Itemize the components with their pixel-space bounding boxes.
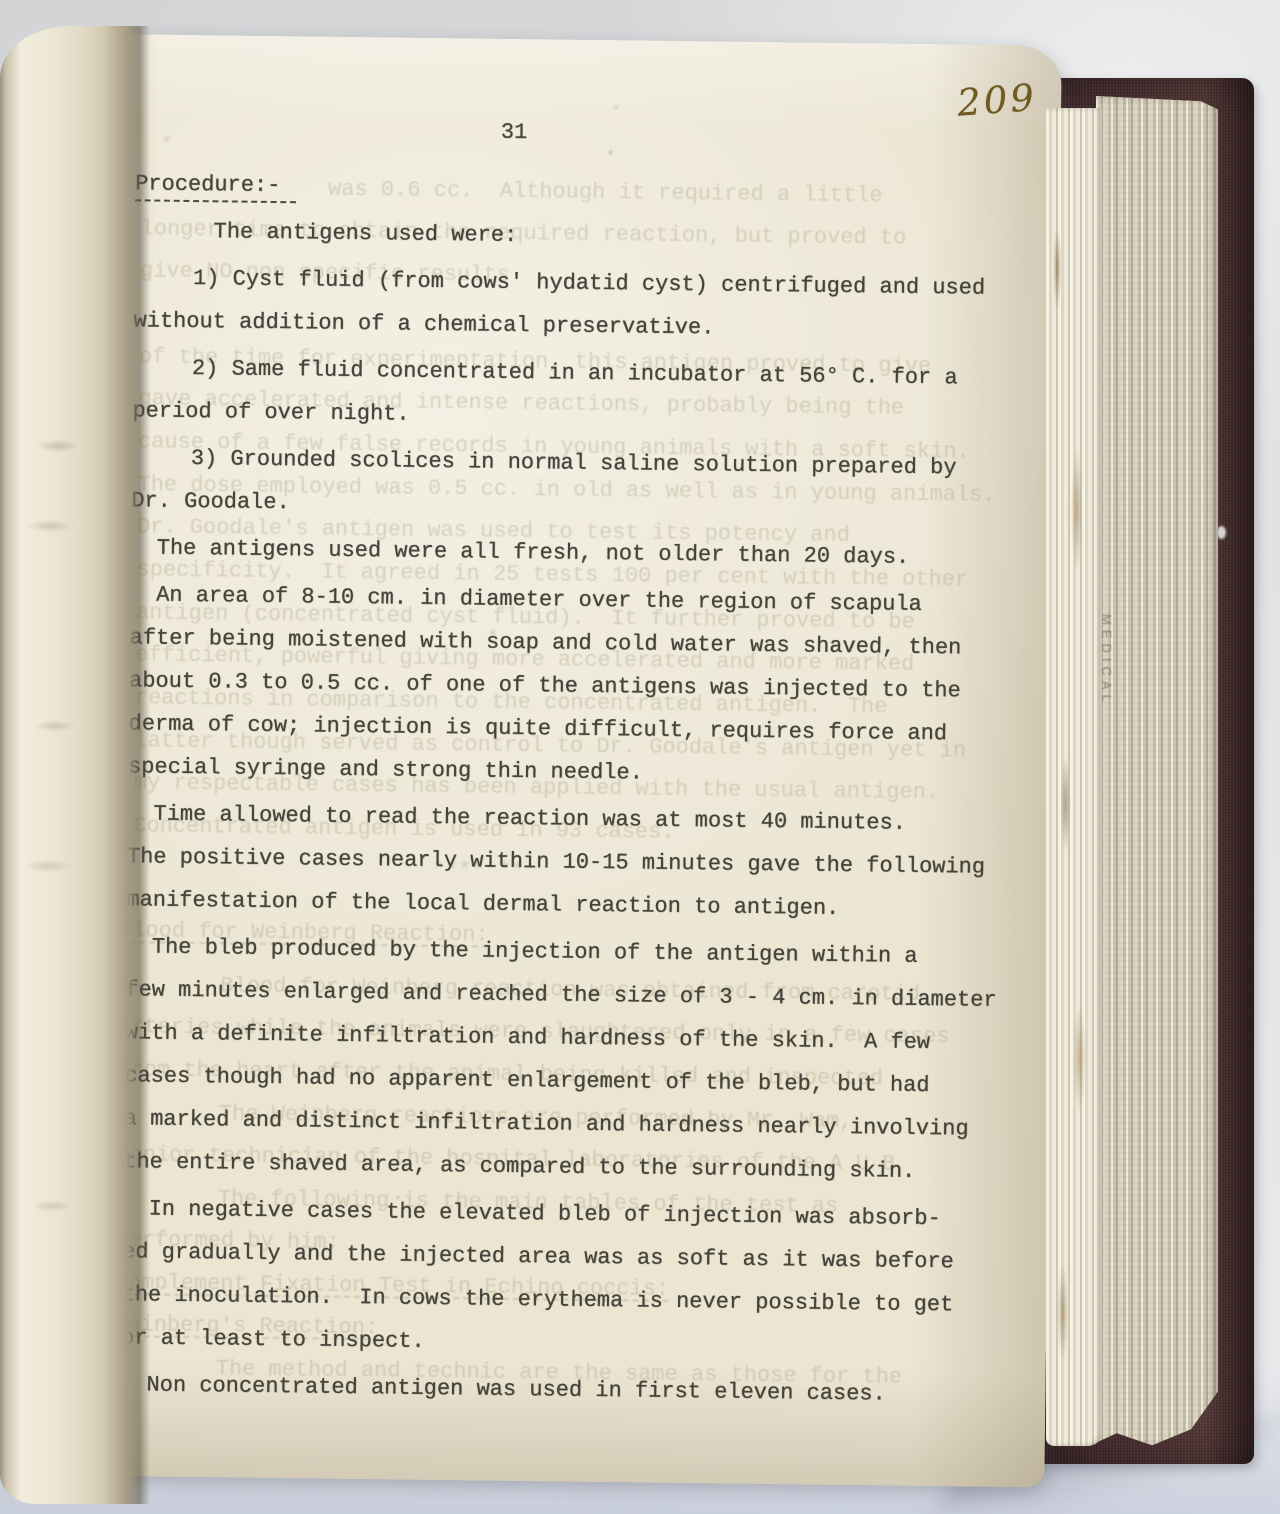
text-line: The antigens used were all fresh, not ol… [130, 526, 1030, 580]
book-photo-scene: MEDICAL was 0.6 cc. Although it required… [0, 0, 1280, 1514]
inner-page-edges [1046, 108, 1102, 1446]
facing-page-curl [0, 26, 150, 1504]
typewritten-text-column: Procedure:- The antigens used were:1) Cy… [120, 162, 1035, 1417]
page-number: 31 [501, 111, 528, 154]
handwritten-folio-number: 209 [956, 76, 1039, 125]
document-page: was 0.6 cc. Although it required a littl… [94, 34, 1062, 1487]
section-heading-text: Procedure:- [135, 171, 297, 203]
text-line: The antigens used were: [134, 209, 1034, 263]
fore-edge-page-stack: MEDICAL [1096, 96, 1218, 1448]
cover-speck [1217, 526, 1226, 539]
